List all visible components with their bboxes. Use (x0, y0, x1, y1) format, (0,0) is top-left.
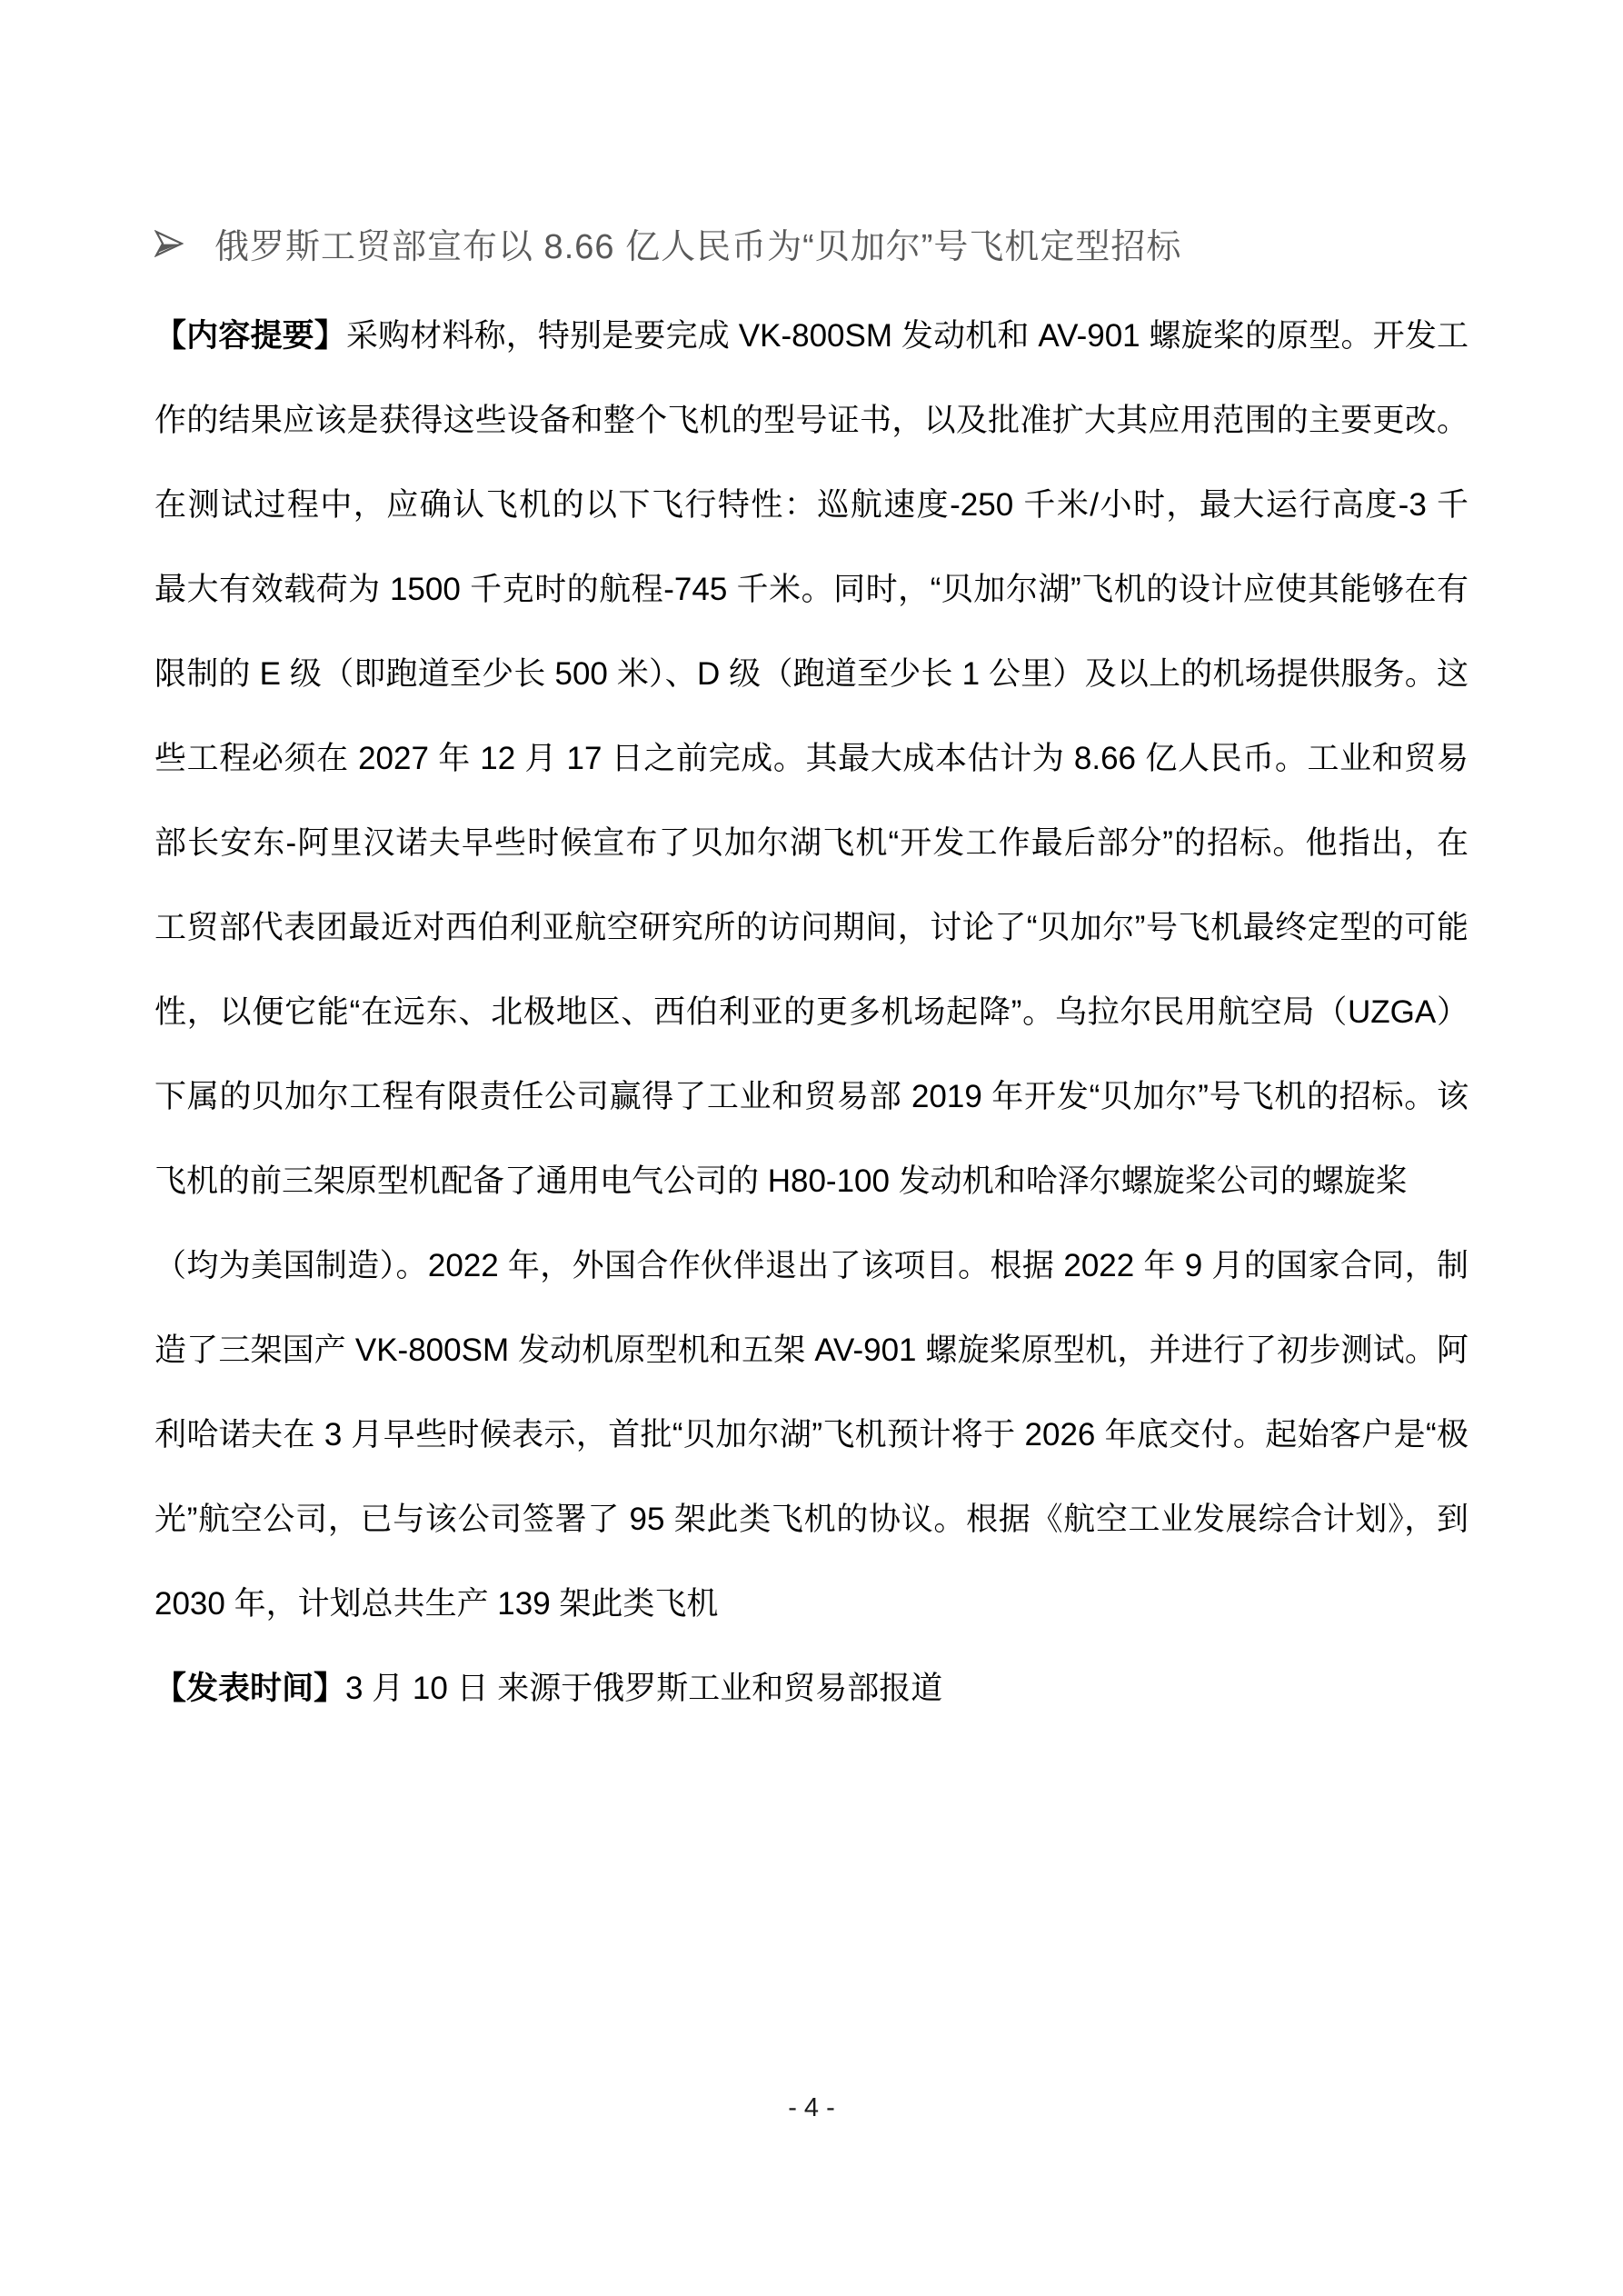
line-text: 采购材料称，特别是要完成 VK-800SM 发动机和 AV-901 螺旋桨的原型… (346, 318, 1469, 354)
text-line: 性，以便它能“在远东、北极地区、西伯利亚的更多机场起降”。乌拉尔民用航空局（UZ… (154, 970, 1469, 1054)
text-line: 部长安东-阿里汉诺夫早些时候宣布了贝加尔湖飞机“开发工作最后部分”的招标。他指出… (154, 801, 1469, 885)
line-text: 在测试过程中，应确认飞机的以下飞行特性：巡航速度-250 千米/小时，最大运行高… (154, 487, 1469, 547)
page-footer: - 4 - (0, 2093, 1623, 2123)
arrowhead-bullet-icon (154, 230, 184, 257)
text-line: 些工程必须在 2027 年 12 月 17 日之前完成。其最大成本估计为 8.6… (154, 716, 1469, 801)
text-line: 下属的贝加尔工程有限责任公司赢得了工业和贸易部 2019 年开发“贝加尔”号飞机… (154, 1054, 1469, 1139)
text-line: 工贸部代表团最近对西伯利亚航空研究所的访问期间，讨论了“贝加尔”号飞机最终定型的… (154, 885, 1469, 970)
line-text: 飞机的前三架原型机配备了通用电气公司的 H80-100 发动机和哈泽尔螺旋桨公司… (154, 1163, 1408, 1199)
text-line: （均为美国制造）。2022 年，外国合作伙伴退出了该项目。根据 2022 年 9… (154, 1223, 1469, 1308)
text-line: 【内容提要】采购材料称，特别是要完成 VK-800SM 发动机和 AV-901 … (154, 294, 1469, 378)
line-text: 3 月 10 日 来源于俄罗斯工业和贸易部报道 (345, 1671, 942, 1706)
text-line: 利哈诺夫在 3 月早些时候表示，首批“贝加尔湖”飞机预计将于 2026 年底交付… (154, 1393, 1469, 1477)
line-text: 2030 年，计划总共生产 139 架此类飞机 (154, 1586, 718, 1622)
line-bold-label: 【内容提要】 (154, 318, 346, 354)
line-text: 性，以便它能“在远东、北极地区、西伯利亚的更多机场起降”。乌拉尔民用航空局（UZ… (154, 994, 1469, 1030)
text-line: 2030 年，计划总共生产 139 架此类飞机 (154, 1562, 1469, 1646)
page-number: - 4 - (788, 2093, 835, 2122)
text-line: 限制的 E 级（即跑道至少长 500 米）、D 级（跑道至少长 1 公里）及以上… (154, 632, 1469, 716)
text-line: 造了三架国产 VK-800SM 发动机原型机和五架 AV-901 螺旋桨原型机，… (154, 1308, 1469, 1393)
text-line: 飞机的前三架原型机配备了通用电气公司的 H80-100 发动机和哈泽尔螺旋桨公司… (154, 1139, 1469, 1223)
document-page: 俄罗斯工贸部宣布以 8.66 亿人民币为“贝加尔”号飞机定型招标 【内容提要】采… (0, 0, 1623, 2296)
line-text: 最大有效载荷为 1500 千克时的航程-745 千米。同时，“贝加尔湖”飞机的设… (154, 572, 1469, 607)
line-text: 作的结果应该是获得这些设备和整个飞机的型号证书，以及批准扩大其应用范围的主要更改… (154, 403, 1469, 438)
line-text: 下属的贝加尔工程有限责任公司赢得了工业和贸易部 2019 年开发“贝加尔”号飞机… (154, 1079, 1469, 1114)
text-line: 在测试过程中，应确认飞机的以下飞行特性：巡航速度-250 千米/小时，最大运行高… (154, 463, 1469, 547)
line-text: 光”航空公司，已与该公司签署了 95 架此类飞机的协议。根据《航空工业发展综合计… (154, 1502, 1469, 1537)
line-text: （均为美国制造）。2022 年，外国合作伙伴退出了该项目。根据 2022 年 9… (154, 1248, 1469, 1283)
section-heading-text: 俄罗斯工贸部宣布以 8.66 亿人民币为“贝加尔”号飞机定型招标 (214, 218, 1181, 268)
line-bold-label: 【发表时间】 (154, 1671, 345, 1706)
line-text: 造了三架国产 VK-800SM 发动机原型机和五架 AV-901 螺旋桨原型机，… (154, 1333, 1469, 1368)
section-heading: 俄罗斯工贸部宣布以 8.66 亿人民币为“贝加尔”号飞机定型招标 (154, 218, 1469, 268)
line-text: 些工程必须在 2027 年 12 月 17 日之前完成。其最大成本估计为 8.6… (154, 741, 1469, 801)
line-text: 工贸部代表团最近对西伯利亚航空研究所的访问期间，讨论了“贝加尔”号飞机最终定型的… (154, 910, 1469, 945)
line-text: 限制的 E 级（即跑道至少长 500 米）、D 级（跑道至少长 1 公里）及以上… (154, 656, 1469, 692)
text-line: 光”航空公司，已与该公司签署了 95 架此类飞机的协议。根据《航空工业发展综合计… (154, 1477, 1469, 1562)
line-text: 部长安东-阿里汉诺夫早些时候宣布了贝加尔湖飞机“开发工作最后部分”的招标。他指出… (154, 825, 1469, 861)
text-line: 最大有效载荷为 1500 千克时的航程-745 千米。同时，“贝加尔湖”飞机的设… (154, 547, 1469, 632)
text-line: 【发表时间】3 月 10 日 来源于俄罗斯工业和贸易部报道 (154, 1646, 1469, 1731)
line-text: 利哈诺夫在 3 月早些时候表示，首批“贝加尔湖”飞机预计将于 2026 年底交付… (154, 1417, 1469, 1452)
text-line: 作的结果应该是获得这些设备和整个飞机的型号证书，以及批准扩大其应用范围的主要更改… (154, 378, 1469, 463)
article-body: 【内容提要】采购材料称，特别是要完成 VK-800SM 发动机和 AV-901 … (154, 294, 1469, 1731)
